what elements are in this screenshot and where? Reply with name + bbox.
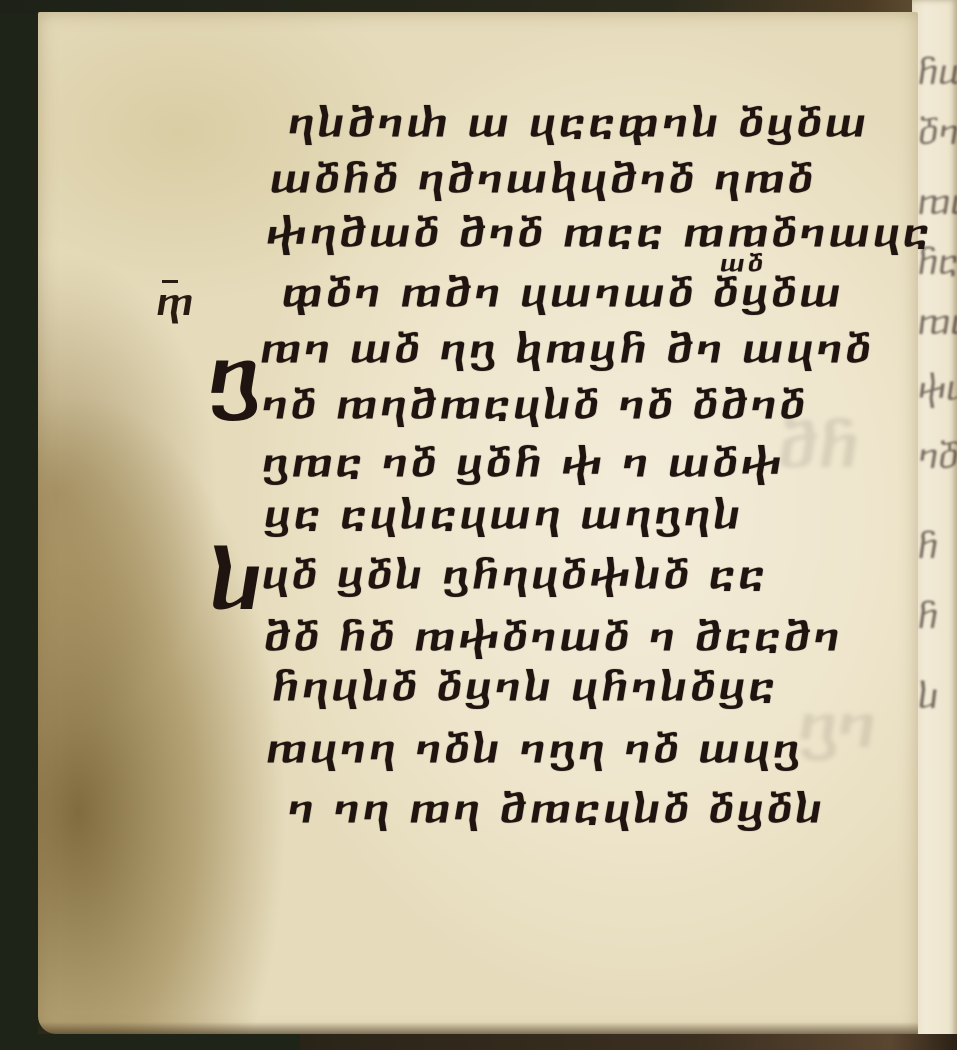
manuscript-text: ⴅ ⴄⴑⴋⴈⴐ ⴍ ⴗⴀⴀⴔⴈⴑ ⴃⴁⴃⴍ ⴍⴃⴌⴃ ⴄⴋⴈⴍⴉⴗⴋⴈⴃ ⴄⴊⴃ… [0, 0, 957, 1050]
text-line-8: ⴁⴀ ⴀⴗⴑⴀⴗⴍⴄ ⴍⴄⴂⴄⴑ [264, 497, 744, 535]
text-line-12: ⴊⴗⴈⴄ ⴈⴃⴑ ⴈⴂⴄ ⴈⴃ ⴍⴗⴂ [266, 731, 802, 769]
text-line-5: ⴊⴈ ⴍⴃ ⴄⴂ ⴉⴊⴁⴌ ⴋⴈ ⴍⴗⴈⴃ [260, 331, 874, 369]
text-line-9: ⴗⴃ ⴁⴃⴑ ⴂⴌⴄⴗⴃⴕⴑⴃ ⴀⴀ [262, 557, 768, 595]
text-line-6: ⴈⴃ ⴊⴄⴋⴊⴀⴗⴑⴃ ⴈⴃ ⴃⴋⴈⴃ [262, 387, 808, 425]
text-line-2: ⴍⴃⴌⴃ ⴄⴋⴈⴍⴉⴗⴋⴈⴃ ⴄⴊⴃ [270, 161, 816, 199]
text-line-1: ⴄⴑⴋⴈⴐ ⴍ ⴗⴀⴀⴔⴈⴑ ⴃⴁⴃⴍ [288, 105, 869, 143]
margin-numeral-glyph: ⴅ [156, 283, 193, 324]
initial-letter: ⴂ [208, 338, 260, 416]
titlo-mark [162, 280, 178, 283]
margin-numeral: ⴅ [156, 286, 193, 322]
initial-letter: ⴑ [210, 544, 263, 622]
text-line-10: ⴋⴃ ⴌⴃ ⴊⴕⴃⴈⴍⴃ ⴈ ⴋⴀⴀⴋⴈ [264, 619, 843, 657]
text-line-4: ⴔⴃⴈ ⴊⴋⴈ ⴗⴍⴈⴍⴃ ⴃⴁⴃⴍ [282, 275, 844, 313]
text-line-7: ⴂⴊⴀ ⴈⴃ ⴁⴃⴌ ⴕ ⴈ ⴍⴃⴕ [262, 445, 785, 483]
text-line-3: ⴕⴄⴋⴍⴃ ⴋⴈⴃ ⴊⴀⴀ ⴊⴊⴃⴈⴍⴗⴀ [266, 215, 933, 253]
text-line-13: ⴈ ⴈⴄ ⴊⴄ ⴋⴊⴀⴗⴑⴃ ⴃⴁⴃⴑ [288, 791, 825, 829]
text-line-11: ⴌⴄⴗⴑⴃ ⴃⴁⴈⴑ ⴗⴌⴈⴑⴃⴁⴀ [272, 669, 778, 707]
